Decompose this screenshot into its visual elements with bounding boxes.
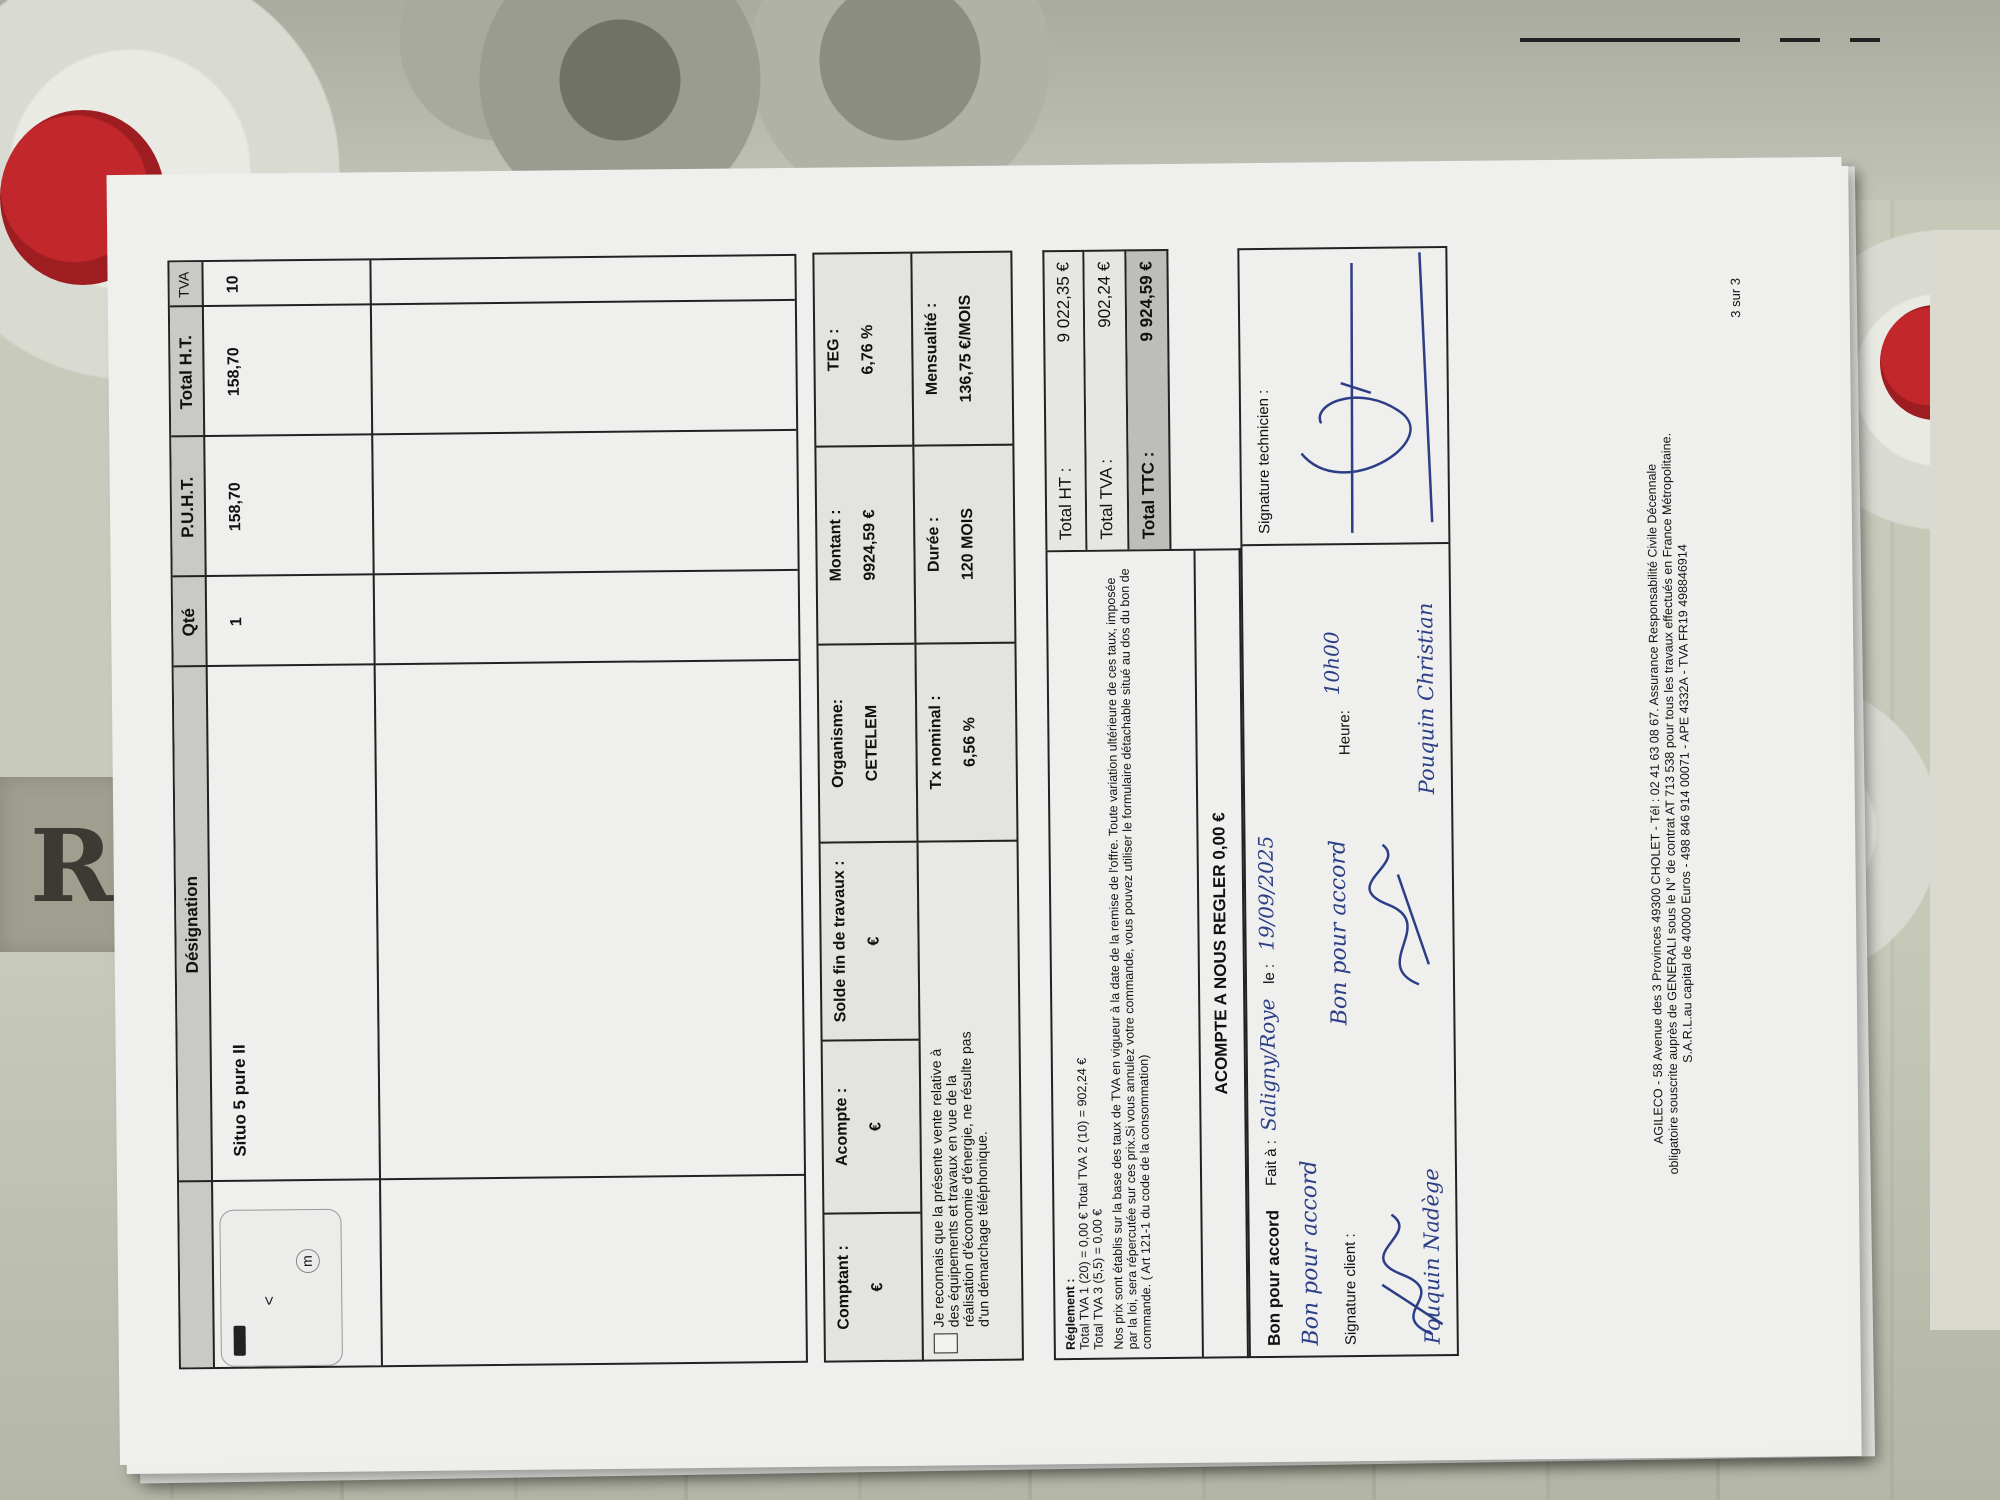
solde-value: € (865, 843, 885, 1039)
header-tva: TVA (175, 262, 191, 307)
order-form-page: Désignation Qté P.U.H.T. Total H.T. TVA … (106, 157, 1854, 1465)
declaration-checkbox[interactable] (934, 1333, 958, 1353)
organisme-label: Organisme: (828, 645, 848, 841)
item-unit-price: 158,70 (226, 437, 245, 577)
bon-pour-accord-title: Bon pour accord (1263, 1210, 1284, 1346)
handwritten-name-2: Pouquin Christian (1413, 603, 1439, 795)
total-tva-value: 902,24 € (1094, 262, 1115, 328)
column-divider (174, 659, 799, 668)
acompte-label: Acompte : (833, 1041, 853, 1212)
fait-a-label: Fait à : (1263, 1140, 1280, 1186)
header-total-ht: Total H.T. (176, 307, 197, 437)
mensualite-cell: Mensualité : 136,75 €/MOIS (910, 251, 1014, 447)
date-label: le : (1261, 964, 1278, 984)
total-tva-label: Total TVA : (1097, 459, 1118, 540)
acompte-cell: Acompte : € (821, 1039, 923, 1215)
date-value: 19/09/2025 (1253, 836, 1278, 952)
handwritten-name-1: Pouquin Nadège (1419, 1168, 1445, 1344)
handwritten-bon-pour-accord-2: Bon pour accord (1326, 840, 1353, 1025)
technician-signature-icon (1279, 247, 1450, 544)
reglement-notice: Nos prix sont établis sur la base des ta… (1104, 559, 1154, 1349)
signature-client-label: Signature client : (1342, 1233, 1360, 1345)
total-ttc-label: Total TTC : (1138, 452, 1159, 540)
mensualite-label: Mensualité : (922, 253, 942, 444)
mensualite-value: 136,75 €/MOIS (956, 253, 976, 444)
tx-nominal-label: Tx nominal : (926, 644, 946, 840)
chevron-left-icon: < (261, 1296, 279, 1306)
solde-cell: Solde fin de travaux : € (819, 841, 921, 1042)
product-thumbnail: < m (219, 1209, 343, 1367)
column-divider (170, 299, 795, 308)
total-ttc-value: 9 924,59 € (1136, 261, 1157, 342)
my-button-icon: m (296, 1249, 320, 1273)
total-tva-row: Total TVA : 902,24 € (1084, 249, 1129, 549)
letter-tile-glyph: R (30, 807, 113, 925)
montant-value: 9924,59 € (860, 447, 880, 643)
items-table: Désignation Qté P.U.H.T. Total H.T. TVA … (167, 254, 808, 1370)
reglement-box: Réglement : Total TVA 1 (20) = 0,00 € To… (1045, 549, 1203, 1361)
fait-a-value: Saligny/Roye (1255, 998, 1280, 1131)
item-qty: 1 (228, 577, 247, 667)
signature-technicien-label: Signature technicien : (1255, 390, 1274, 534)
teg-cell: TEG : 6,76 % (812, 252, 914, 448)
item-designation: Situo 5 pure II (230, 1044, 251, 1157)
column-divider (179, 1174, 804, 1183)
item-total-ht: 158,70 (225, 307, 244, 437)
montant-cell: Montant : 9924,59 € (814, 445, 916, 646)
heure-label: Heure: (1336, 710, 1353, 755)
handwritten-bon-pour-accord-1: Bon pour accord (1297, 1160, 1324, 1345)
comptant-value: € (868, 1214, 888, 1360)
item-tva: 10 (224, 262, 242, 307)
row-separator (369, 260, 383, 1365)
fabric-edge (1930, 230, 2000, 1330)
page-number: 3 sur 3 (1728, 278, 1743, 318)
duree-cell: Durée : 120 MOIS (912, 444, 1016, 645)
comptant-label: Comptant : (834, 1214, 854, 1360)
background-dash-lines (1520, 38, 1940, 42)
payment-financing-grid: Comptant : € Acompte : € Solde fin de tr… (812, 251, 1024, 1363)
total-ht-value: 9 022,35 € (1053, 262, 1074, 343)
teg-value: 6,76 % (858, 254, 878, 445)
total-ht-row: Total HT : 9 022,35 € (1042, 250, 1087, 550)
declaration-cell: Je reconnais que la présente vente relat… (917, 840, 1024, 1362)
total-ht-label: Total HT : (1056, 468, 1077, 541)
acompte-value: € (867, 1041, 887, 1212)
remote-screen-icon (234, 1326, 246, 1356)
signature-block: Bon pour accord Fait à : Saligny/Roye le… (1237, 246, 1459, 1358)
header-qty: Qté (179, 577, 200, 667)
column-divider (173, 569, 798, 578)
duree-label: Durée : (924, 446, 944, 642)
tx-nominal-value: 6,56 % (960, 644, 980, 840)
comptant-cell: Comptant : € (822, 1212, 924, 1363)
heure-value: 10h00 (1319, 631, 1344, 695)
total-ttc-row: Total TTC : 9 924,59 € (1126, 249, 1171, 549)
column-divider (171, 429, 796, 438)
declaration-text: Je reconnais que la présente vente relat… (928, 1027, 991, 1328)
letter-tile: R (0, 777, 130, 952)
organisme-value: CETELEM (862, 645, 882, 841)
solde-label: Solde fin de travaux : (831, 843, 851, 1039)
organisme-cell: Organisme: CETELEM (816, 643, 918, 844)
company-footer: AGILECO - 58 Avenue des 3 Provinces 4930… (1641, 159, 1700, 1449)
teg-label: TEG : (824, 254, 844, 445)
duree-value: 120 MOIS (958, 446, 978, 642)
montant-label: Montant : (826, 447, 846, 643)
tx-nominal-cell: Tx nominal : 6,56 % (914, 642, 1018, 843)
totals-box: Total HT : 9 022,35 € Total TVA : 902,24… (1042, 249, 1171, 550)
header-unit-price: P.U.H.T. (177, 437, 198, 577)
